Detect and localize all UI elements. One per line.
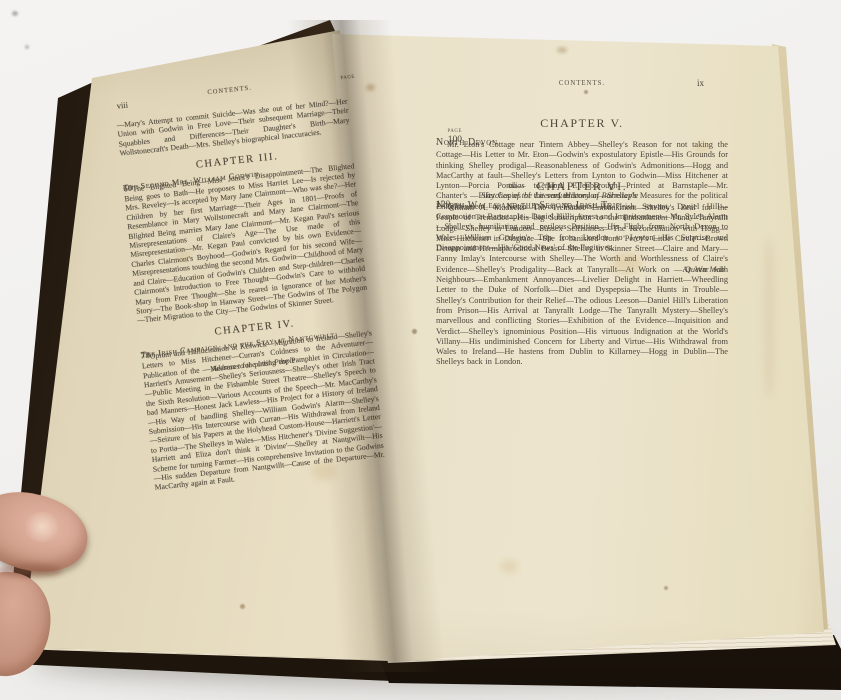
chapter-3-summary: The Blighted Being—Miss Jones's Disappoi… bbox=[123, 161, 368, 326]
right-page-text: CONTENTS. ix CHAPTER V. North Devon . . … bbox=[436, 80, 728, 620]
chapter-5-heading: CHAPTER V. bbox=[436, 116, 728, 131]
right-running-head: CONTENTS. bbox=[436, 80, 728, 87]
right-folio: ix bbox=[697, 78, 704, 88]
left-page-text: viii PAGE CONTENTS. —Mary's Attempt to c… bbox=[104, 74, 409, 617]
chapter-4-summary: Opium and Hallucination at Keswick—Migra… bbox=[141, 328, 386, 493]
chapter-6-heading: CHAPTER VI. bbox=[436, 179, 728, 194]
thumb-highlight bbox=[22, 512, 62, 542]
chapter-5-block: CHAPTER V. North Devon . . . . . . . . P… bbox=[436, 116, 728, 137]
chapter-6-summary: William A. Madocks—The Tremadoc Embankme… bbox=[436, 203, 728, 368]
chapter-6-block: CHAPTER VI. North Wales and the Second I… bbox=[436, 179, 728, 200]
dust-speck bbox=[25, 45, 29, 49]
right-running-head-row: CONTENTS. bbox=[436, 80, 728, 92]
open-book-photo: viii PAGE CONTENTS. —Mary's Attempt to c… bbox=[0, 0, 841, 700]
dust-speck bbox=[12, 11, 18, 16]
